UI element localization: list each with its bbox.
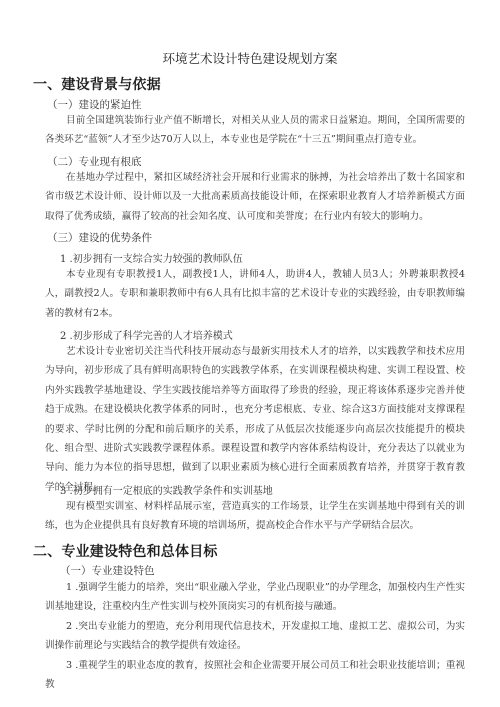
- item-heading-practice-base: 3 .初步拥有一定根底的实践教学条件和实训基地: [60, 482, 273, 497]
- paragraph-training-model: 艺术设计专业密切关注当代科技开展动态与最新实用技术人才的培养，以实践教学和技术应…: [45, 342, 465, 497]
- subsection-heading-foundation: （二）专业现有根底: [47, 154, 142, 169]
- paragraph-feature-2: 2 .突出专业能力的塑造，充分利用现代信息技术，开发虚拟工地、虚拟工艺、虚拟公司…: [45, 617, 465, 656]
- paragraph-urgency: 目前全国建筑装饰行业产值不断增长，对相关从业人员的需求日益紧迫。期间，全国所需要…: [45, 111, 465, 150]
- paragraph-teachers: 本专业现有专职教授1人，副教授1人，讲师4人，助讲4人，教辅人员3人；外聘兼职教…: [45, 265, 465, 323]
- item-heading-teachers: 1 .初步拥有一支综合实力较强的教师队伍: [60, 250, 243, 265]
- document-page: 环境艺术设计特色建设规划方案 一、建设背景与依据 （一）建设的紧迫性 目前全国建…: [0, 0, 500, 707]
- subsection-heading-urgency: （一）建设的紧迫性: [47, 97, 142, 112]
- subsection-heading-features: （一）专业建设特色: [60, 563, 155, 578]
- paragraph-feature-3: 3 .重视学生的职业态度的教育，按照社会和企业需要开展公司员工和社会职业技能培训…: [45, 656, 465, 695]
- paragraph-feature-1: 1 .强调学生能力的培养，突出“职业融入学业，学业凸现职业”的办学理念，加强校内…: [45, 578, 465, 617]
- paragraph-foundation: 在基地办学过程中，紧扣区域经济社会开展和行业需求的脉搏，为社会培养出了数十名国家…: [45, 168, 465, 226]
- document-title: 环境艺术设计特色建设规划方案: [0, 49, 500, 67]
- item-heading-training-model: 2 .初步形成了科学完善的人才培养模式: [60, 327, 233, 342]
- section-heading-1: 一、建设背景与依据: [33, 74, 161, 94]
- section-heading-2: 二、专业建设特色和总体目标: [33, 541, 218, 561]
- subsection-heading-advantages: （三）建设的优势条件: [47, 230, 152, 245]
- paragraph-practice-base: 现有模型实训室、材料样品展示室，营造真实的工作场景，让学生在实训基地中得到有关的…: [45, 497, 465, 536]
